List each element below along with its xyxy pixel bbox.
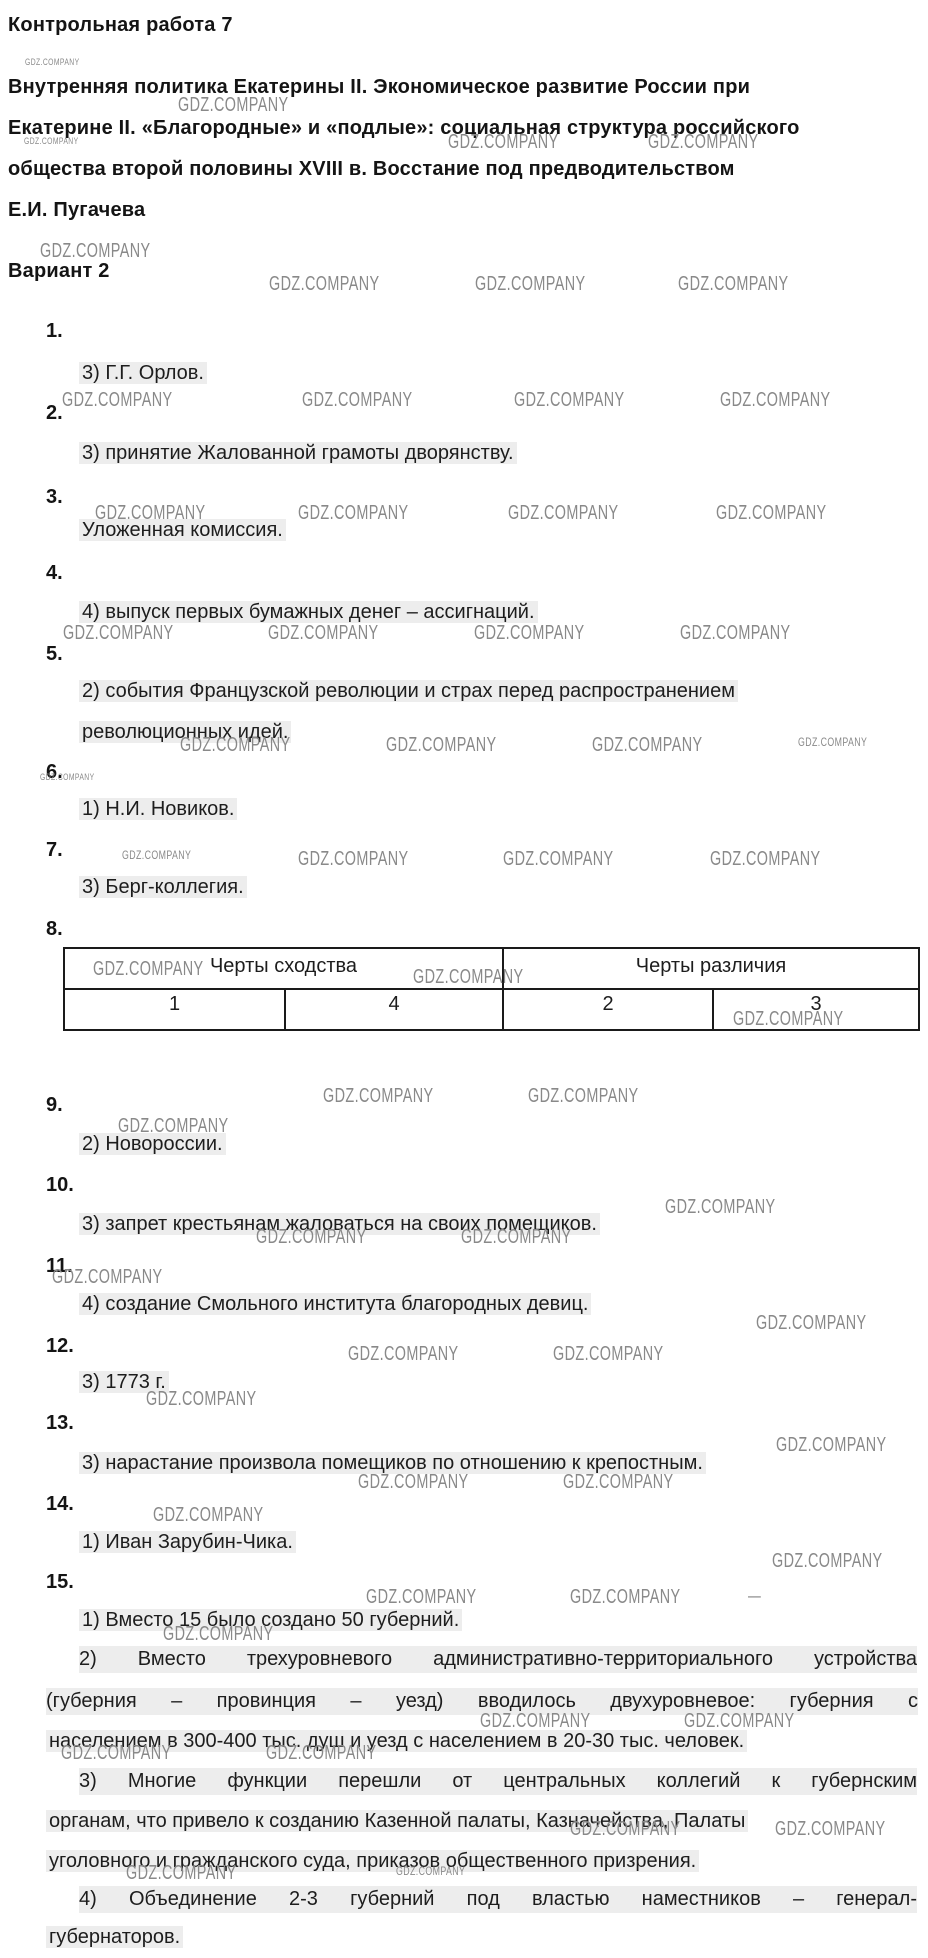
gdz-watermark: GDZ.COMPANY [63, 622, 174, 642]
gdz-watermark: GDZ.COMPANY [122, 850, 191, 862]
subtitle-line-4: Е.И. Пугачева [8, 197, 145, 224]
variant-label: Вариант 2 [8, 258, 110, 285]
page-title: Контрольная работа 7 [8, 12, 233, 39]
gdz-watermark: GDZ.COMPANY [52, 1266, 163, 1286]
gdz-watermark: GDZ.COMPANY [648, 131, 759, 151]
question-7-number: 7. [46, 837, 63, 864]
gdz-watermark: GDZ.COMPANY [563, 1471, 674, 1491]
gdz-watermark: GDZ.COMPANY [775, 1818, 886, 1838]
gdz-watermark: GDZ.COMPANY [358, 1471, 469, 1491]
gdz-watermark: GDZ.COMPANY [93, 958, 204, 978]
table-cell-1: 1 [65, 990, 284, 1029]
gdz-watermark: GDZ.COMPANY [298, 848, 409, 868]
gdz-watermark: GDZ.COMPANY [448, 131, 559, 151]
gdz-watermark: GDZ.COMPANY [528, 1085, 639, 1105]
question-15-answer-line-5: 3) Многие функции перешли от центральных… [79, 1768, 917, 1795]
gdz-watermark: GDZ.COMPANY [178, 94, 289, 114]
question-11-answer: 4) создание Смольного института благород… [79, 1291, 591, 1318]
gdz-watermark: GDZ.COMPANY [665, 1196, 776, 1216]
gdz-watermark: GDZ.COMPANY [40, 772, 95, 782]
gdz-watermark: GDZ.COMPANY [720, 389, 831, 409]
question-15-answer-line-9: губернаторов. [46, 1924, 183, 1951]
gdz-watermark: GDZ.COMPANY [61, 1742, 172, 1762]
gdz-watermark: GDZ.COMPANY [514, 389, 625, 409]
gdz-watermark: GDZ.COMPANY [269, 273, 380, 293]
gdz-watermark: GDZ.COMPANY [716, 502, 827, 522]
gdz-watermark: GDZ.COMPANY [256, 1226, 367, 1246]
gdz-watermark: GDZ.COMPANY [733, 1008, 844, 1028]
gdz-watermark: GDZ.COMPANY [323, 1085, 434, 1105]
question-4-number: 4. [46, 560, 63, 587]
gdz-watermark: GDZ.COMPANY [684, 1710, 795, 1730]
gdz-watermark: GDZ.COMPANY [24, 136, 79, 146]
gdz-watermark: GDZ.COMPANY [153, 1504, 264, 1524]
gdz-watermark: GDZ.COMPANY [25, 57, 80, 67]
question-15-answer-line-8: 4) Объединение 2-3 губерний под властью … [79, 1886, 917, 1913]
gdz-watermark: GDZ.COMPANY [553, 1343, 664, 1363]
gdz-watermark: GDZ.COMPANY [413, 966, 524, 986]
table-cell-2: 4 [284, 990, 502, 1029]
question-10-number: 10. [46, 1172, 74, 1199]
gdz-watermark: GDZ.COMPANY [180, 734, 291, 754]
question-14-answer: 1) Иван Зарубин-Чика. [79, 1529, 296, 1556]
table-cell-3: 2 [502, 990, 712, 1029]
gdz-watermark: GDZ.COMPANY [798, 737, 867, 749]
gdz-watermark: GDZ.COMPANY [266, 1742, 377, 1762]
question-7-answer: 3) Берг-коллегия. [79, 874, 247, 901]
gdz-watermark: GDZ.COMPANY [503, 848, 614, 868]
gdz-watermark: GDZ.COMPANY [268, 622, 379, 642]
gdz-watermark: GDZ.COMPANY [298, 502, 409, 522]
gdz-watermark: GDZ.COMPANY [592, 734, 703, 754]
gdz-watermark: GDZ.COMPANY [366, 1586, 477, 1606]
table-header-differences: Черты различия [502, 949, 918, 988]
question-5-number: 5. [46, 641, 63, 668]
question-12-number: 12. [46, 1333, 74, 1360]
gdz-watermark: GDZ.COMPANY [570, 1818, 681, 1838]
gdz-watermark: GDZ.COMPANY [396, 1866, 465, 1878]
gdz-watermark: GDZ.COMPANY [461, 1226, 572, 1246]
gdz-watermark: GDZ.COMPANY [126, 1862, 237, 1882]
question-15-number: 15. [46, 1569, 74, 1596]
gdz-watermark: GDZ.COMPANY [118, 1115, 229, 1135]
question-13-number: 13. [46, 1410, 74, 1437]
question-1-answer: 3) Г.Г. Орлов. [79, 360, 207, 387]
gdz-watermark: GDZ.COMPANY [348, 1343, 459, 1363]
document-page: Контрольная работа 7 Внутренняя политика… [0, 0, 928, 1958]
question-14-number: 14. [46, 1491, 74, 1518]
gdz-watermark: GDZ.COMPANY [146, 1388, 257, 1408]
gdz-watermark: GDZ.COMPANY [710, 848, 821, 868]
question-2-answer: 3) принятие Жалованной грамоты дворянств… [79, 440, 517, 467]
gdz-watermark: GDZ.COMPANY [678, 273, 789, 293]
gdz-watermark: GDZ.COMPANY [570, 1586, 681, 1606]
gdz-watermark: GDZ.COMPANY [163, 1623, 274, 1643]
gdz-watermark: GDZ.COMPANY [474, 622, 585, 642]
question-5-answer-line-1: 2) события Французской революции и страх… [79, 678, 738, 705]
question-2-number: 2. [46, 400, 63, 427]
gdz-watermark: GDZ.COMPANY [756, 1312, 867, 1332]
question-3-number: 3. [46, 484, 63, 511]
subtitle-line-3: общества второй половины XVIII в. Восста… [8, 156, 735, 183]
question-15-answer-line-2: 2) Вместо трехуровневого административно… [79, 1646, 917, 1673]
dash-artifact: — [748, 1588, 761, 1606]
gdz-watermark: GDZ.COMPANY [776, 1434, 887, 1454]
question-9-number: 9. [46, 1092, 63, 1119]
question-1-number: 1. [46, 318, 63, 345]
gdz-watermark: GDZ.COMPANY [680, 622, 791, 642]
gdz-watermark: GDZ.COMPANY [480, 1710, 591, 1730]
question-6-answer: 1) Н.И. Новиков. [79, 796, 237, 823]
question-8-number: 8. [46, 916, 63, 943]
gdz-watermark: GDZ.COMPANY [772, 1550, 883, 1570]
gdz-watermark: GDZ.COMPANY [62, 389, 173, 409]
gdz-watermark: GDZ.COMPANY [40, 240, 151, 260]
gdz-watermark: GDZ.COMPANY [508, 502, 619, 522]
gdz-watermark: GDZ.COMPANY [95, 502, 206, 522]
gdz-watermark: GDZ.COMPANY [302, 389, 413, 409]
gdz-watermark: GDZ.COMPANY [475, 273, 586, 293]
gdz-watermark: GDZ.COMPANY [386, 734, 497, 754]
subtitle-line-1: Внутренняя политика Екатерины II. Эконом… [8, 74, 750, 101]
